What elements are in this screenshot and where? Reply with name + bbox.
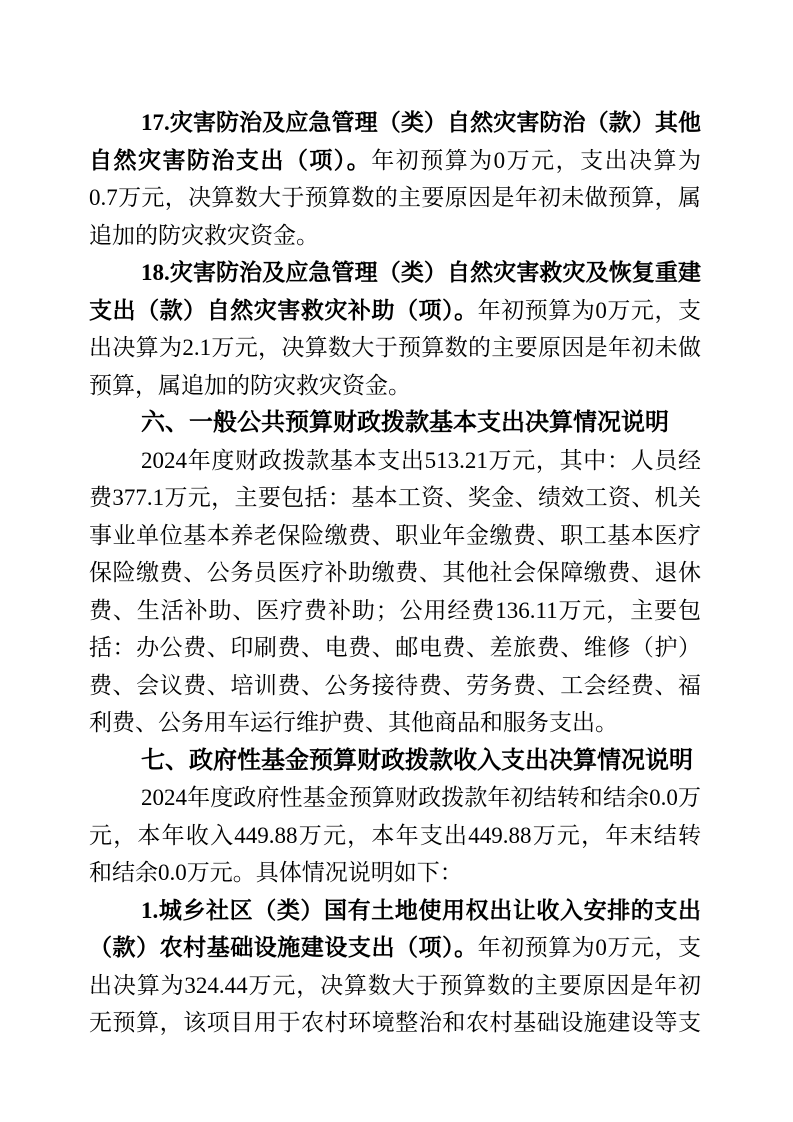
text-segment: 六、一般公共预算财政拨款基本支出决算情况说明 <box>141 409 669 436</box>
text-line: 保险缴费、公务员医疗补助缴费、其他社会保障缴费、退休 <box>89 554 701 592</box>
text-segment: 1.城乡社区（类）国有土地使用权出让收入安排的支出 <box>141 898 701 923</box>
text-segment: 和结余0.0万元。具体情况说明如下： <box>89 860 463 885</box>
text-segment: 年初预算为0万元，支出决算为 <box>371 148 701 173</box>
text-line: 2024年度财政拨款基本支出513.21万元，其中：人员经 <box>89 442 701 480</box>
text-line: 出决算为2.1万元，决算数大于预算数的主要原因是年初未做 <box>89 329 701 367</box>
text-line: 出决算为324.44万元，决算数大于预算数的主要原因是年初 <box>89 967 701 1005</box>
text-segment: 费、会议费、培训费、公务接待费、劳务费、工会经费、福 <box>89 673 701 698</box>
text-segment: 追加的防灾救灾资金。 <box>89 223 319 248</box>
text-line: 17.灾害防治及应急管理（类）自然灾害防治（款）其他 <box>89 104 701 142</box>
text-line: 费、生活补助、医疗费补助；公用经费136.11万元，主要包 <box>89 592 701 630</box>
text-segment: 出决算为324.44万元，决算数大于预算数的主要原因是年初 <box>89 973 701 998</box>
text-line: 2024年度政府性基金预算财政拨款年初结转和结余0.0万 <box>89 779 701 817</box>
text-segment: 费377.1万元，主要包括：基本工资、奖金、绩效工资、机关 <box>89 485 701 510</box>
text-segment: 事业单位基本养老保险缴费、职业年金缴费、职工基本医疗 <box>89 523 701 548</box>
text-segment: 预算，属追加的防灾救灾资金。 <box>89 373 411 398</box>
text-line: 追加的防灾救灾资金。 <box>89 217 701 255</box>
text-segment: 出决算为2.1万元，决算数大于预算数的主要原因是年初未做 <box>89 335 701 360</box>
text-line: 利费、公务用车运行维护费、其他商品和服务支出。 <box>89 704 701 742</box>
text-line: 支出（款）自然灾害救灾补助（项）。年初预算为0万元，支 <box>89 292 701 330</box>
text-segment: （款）农村基础设施建设支出（项）。 <box>89 935 478 960</box>
text-line: 事业单位基本养老保险缴费、职业年金缴费、职工基本医疗 <box>89 517 701 555</box>
text-segment: 费、生活补助、医疗费补助；公用经费136.11万元，主要包 <box>89 598 701 623</box>
text-segment: 七、政府性基金预算财政拨款收入支出决算情况说明 <box>141 747 693 774</box>
text-segment: 保险缴费、公务员医疗补助缴费、其他社会保障缴费、退休 <box>89 560 701 585</box>
text-segment: 2024年度财政拨款基本支出513.21万元，其中：人员经 <box>141 448 701 473</box>
text-segment: 18.灾害防治及应急管理（类）自然灾害救灾及恢复重建 <box>141 260 701 285</box>
text-line: 无预算，该项目用于农村环境整治和农村基础设施建设等支 <box>89 1004 701 1042</box>
text-line: 1.城乡社区（类）国有土地使用权出让收入安排的支出 <box>89 892 701 930</box>
text-segment: 年初预算为0万元，支 <box>478 935 701 960</box>
text-line: 费、会议费、培训费、公务接待费、劳务费、工会经费、福 <box>89 667 701 705</box>
text-line: 0.7万元，决算数大于预算数的主要原因是年初未做预算，属 <box>89 179 701 217</box>
text-line: （款）农村基础设施建设支出（项）。年初预算为0万元，支 <box>89 929 701 967</box>
text-line: 元，本年收入449.88万元，本年支出449.88万元，年末结转 <box>89 817 701 855</box>
text-segment: 2024年度政府性基金预算财政拨款年初结转和结余0.0万 <box>141 785 701 810</box>
text-line: 和结余0.0万元。具体情况说明如下： <box>89 854 701 892</box>
text-line: 自然灾害防治支出（项）。年初预算为0万元，支出决算为 <box>89 142 701 180</box>
text-line: 费377.1万元，主要包括：基本工资、奖金、绩效工资、机关 <box>89 479 701 517</box>
text-segment: 17.灾害防治及应急管理（类）自然灾害防治（款）其他 <box>141 110 701 135</box>
text-segment: 无预算，该项目用于农村环境整治和农村基础设施建设等支 <box>89 1010 701 1035</box>
text-segment: 括：办公费、印刷费、电费、邮电费、差旅费、维修（护） <box>89 635 701 660</box>
text-segment: 0.7万元，决算数大于预算数的主要原因是年初未做预算，属 <box>89 185 701 210</box>
text-line: 18.灾害防治及应急管理（类）自然灾害救灾及恢复重建 <box>89 254 701 292</box>
text-line: 七、政府性基金预算财政拨款收入支出决算情况说明 <box>89 742 701 780</box>
text-segment: 支出（款）自然灾害救灾补助（项）。 <box>89 298 478 323</box>
text-line: 预算，属追加的防灾救灾资金。 <box>89 367 701 405</box>
text-segment: 利费、公务用车运行维护费、其他商品和服务支出。 <box>89 710 618 735</box>
text-segment: 自然灾害防治支出（项）。 <box>89 148 371 173</box>
text-line: 括：办公费、印刷费、电费、邮电费、差旅费、维修（护） <box>89 629 701 667</box>
text-line: 六、一般公共预算财政拨款基本支出决算情况说明 <box>89 404 701 442</box>
text-segment: 元，本年收入449.88万元，本年支出449.88万元，年末结转 <box>89 823 701 848</box>
page-body: 17.灾害防治及应急管理（类）自然灾害防治（款）其他自然灾害防治支出（项）。年初… <box>89 104 701 1042</box>
text-segment: 年初预算为0万元，支 <box>478 298 701 323</box>
document-page: 17.灾害防治及应急管理（类）自然灾害防治（款）其他自然灾害防治支出（项）。年初… <box>0 0 793 1122</box>
